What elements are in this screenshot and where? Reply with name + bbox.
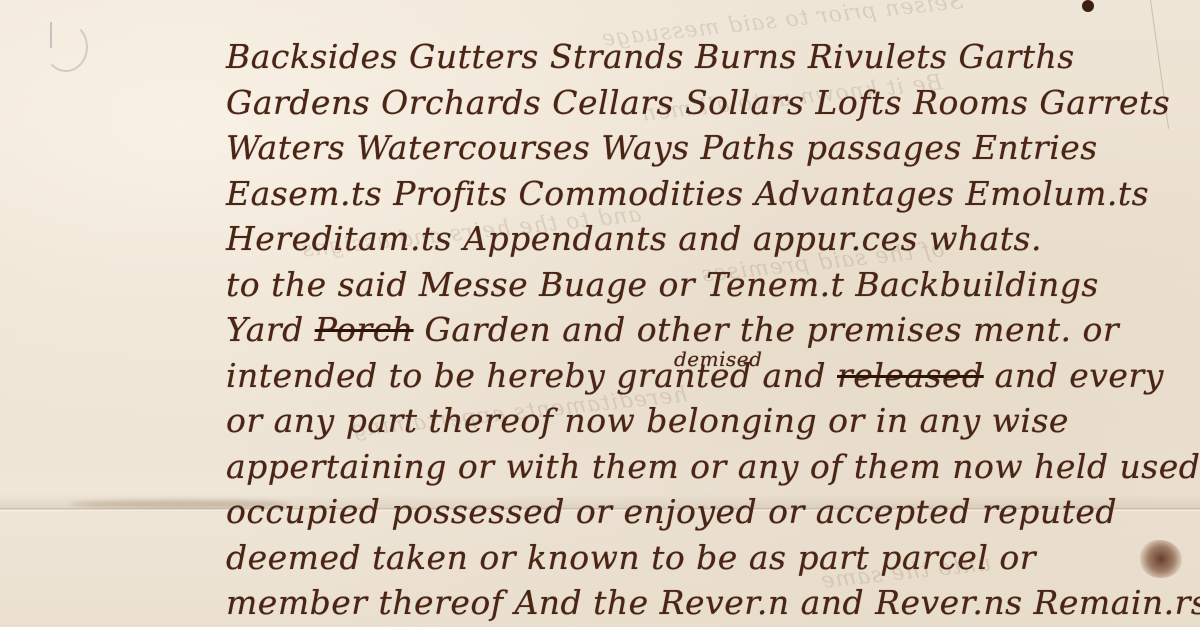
line-text: Waters Watercourses Ways Paths passages … <box>226 128 1098 167</box>
line-text: to the said Messe Buage or Tenem.t Backb… <box>226 265 1099 304</box>
manuscript-line-5: Hereditam.ts Appendants and appur.ces wh… <box>226 216 1200 262</box>
line-text: Hereditam.ts Appendants and appur.ces wh… <box>226 219 1042 258</box>
line-text: Gardens Orchards Cellars Sollars Lofts R… <box>226 83 1170 122</box>
manuscript-line-13: member thereof And the Rever.n and Rever… <box>226 580 1200 626</box>
ink-spot <box>1082 0 1094 12</box>
interlinear-insertion: demised <box>674 337 762 382</box>
manuscript-line-9: or any part thereof now belonging or in … <box>226 398 1200 444</box>
struck-through-word: Porch <box>315 310 414 349</box>
line-text: or any part thereof now belonging or in … <box>226 401 1069 440</box>
line-text: Easem.ts Profits Commodities Advantages … <box>226 174 1149 213</box>
struck-through-word: released <box>837 356 984 395</box>
line-text: member thereof And the Rever.n and Rever… <box>226 583 1200 622</box>
line-text: Backsides Gutters Strands Burns Rivulets… <box>226 37 1075 76</box>
manuscript-line-1: Backsides Gutters Strands Burns Rivulets… <box>226 34 1200 80</box>
manuscript-line-4: Easem.ts Profits Commodities Advantages … <box>226 171 1200 217</box>
manuscript-line-6: to the said Messe Buage or Tenem.t Backb… <box>226 262 1200 308</box>
manuscript-line-12: deemed taken or known to be as part parc… <box>226 535 1200 581</box>
line-text-before: Yard <box>226 310 304 349</box>
line-text-after: Garden and other the premises ment. or <box>425 310 1120 349</box>
line-text-after: and every <box>995 356 1164 395</box>
manuscript-page: Seisen prior to said messuage Be it know… <box>0 0 1200 627</box>
pencil-margin-mark <box>44 22 88 72</box>
line-text: deemed taken or known to be as part parc… <box>226 538 1036 577</box>
manuscript-line-8: intended to be hereby granted and releas… <box>226 353 1200 399</box>
manuscript-line-2: Gardens Orchards Cellars Sollars Lofts R… <box>226 80 1200 126</box>
manuscript-line-10: appertaining or with them or any of them… <box>226 444 1200 490</box>
manuscript-text-block: Backsides Gutters Strands Burns Rivulets… <box>226 34 1200 626</box>
line-text: occupied possessed or enjoyed or accepte… <box>226 492 1117 531</box>
manuscript-line-11: occupied possessed or enjoyed or accepte… <box>226 489 1200 535</box>
line-text: appertaining or with them or any of them… <box>226 447 1200 486</box>
manuscript-line-3: Waters Watercourses Ways Paths passages … <box>226 125 1200 171</box>
